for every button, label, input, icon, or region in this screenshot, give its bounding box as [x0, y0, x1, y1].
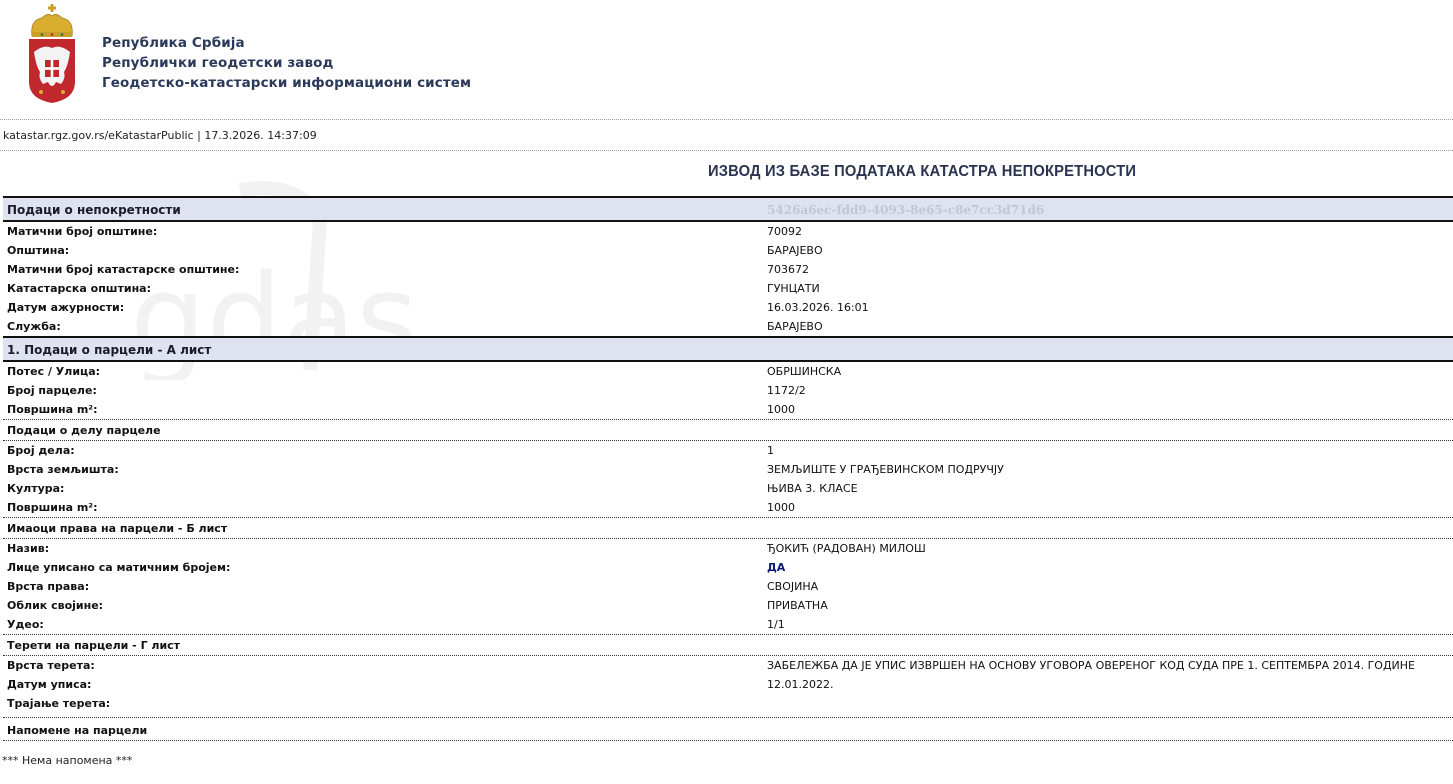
table-row: Потес / Улица:ОБРШИНСКА: [3, 362, 1453, 381]
field-label: Матични број катастарске општине:: [7, 263, 239, 276]
section-notes-header: Напомене на парцели: [3, 717, 1453, 741]
field-value: ПРИВАТНА: [767, 599, 828, 612]
section-title: Подаци о делу парцеле: [7, 424, 161, 437]
divider: [0, 119, 1453, 120]
section-parcel-part-header: Подаци о делу парцеле: [3, 419, 1453, 441]
field-value: ЊИВА 3. КЛАСЕ: [767, 482, 858, 495]
table-row: Врста права:СВОЈИНА: [3, 577, 1453, 596]
table-row: Број парцеле:1172/2: [3, 381, 1453, 400]
field-value: ОБРШИНСКА: [767, 365, 841, 378]
organization-name: Република Србија Републички геодетски за…: [102, 33, 471, 93]
document-guid: 5426a6ec-fdd9-4093-8e65-c8e7cc3d71d6: [767, 203, 1044, 217]
field-label: Назив:: [7, 542, 49, 555]
registered-id-flag: ДА: [767, 561, 785, 574]
field-value: 16.03.2026. 16:01: [767, 301, 869, 314]
table-row: Служба:БАРАЈЕВО: [3, 317, 1453, 336]
field-value: СВОЈИНА: [767, 580, 818, 593]
section-encumbrances-header: Терети на парцели - Г лист: [3, 634, 1453, 656]
section-title: Напомене на парцели: [7, 724, 147, 737]
table-row: Матични број општине:70092: [3, 222, 1453, 241]
field-label: Служба:: [7, 320, 61, 333]
field-value: ГУНЦАТИ: [767, 282, 820, 295]
table-row: Датум ажурности:16.03.2026. 16:01: [3, 298, 1453, 317]
field-value: 70092: [767, 225, 802, 238]
table-row: Лице уписано са матичним бројем:ДА: [3, 558, 1453, 577]
table-row: Трајање терета:: [3, 694, 1453, 717]
source-and-timestamp: katastar.rgz.gov.rs/eKatastarPublic | 17…: [3, 129, 317, 143]
field-label: Матични број општине:: [7, 225, 157, 238]
field-value: 1: [767, 444, 774, 457]
field-label: Број дела:: [7, 444, 75, 457]
field-label: Врста терета:: [7, 659, 95, 672]
field-label: Врста земљишта:: [7, 463, 119, 476]
table-row: Врста терета:ЗАБЕЛЕЖБА ДА ЈЕ УПИС ИЗВРШЕ…: [3, 656, 1453, 675]
field-label: Удео:: [7, 618, 44, 631]
field-value: 1000: [767, 501, 795, 514]
serbia-coat-of-arms-icon: [26, 4, 78, 104]
org-line-republic: Република Србија: [102, 33, 471, 53]
field-label: Врста права:: [7, 580, 89, 593]
field-label: Облик својине:: [7, 599, 103, 612]
encumbrances-rows: Врста терета:ЗАБЕЛЕЖБА ДА ЈЕ УПИС ИЗВРШЕ…: [3, 656, 1453, 717]
section-owners-header: Имаоци права на парцели - Б лист: [3, 517, 1453, 539]
divider: [0, 150, 1453, 151]
field-label: Површина m²:: [7, 403, 98, 416]
field-label: Катастарска општина:: [7, 282, 151, 295]
org-line-system: Геодетско-катастарски информациони систе…: [102, 73, 471, 93]
field-label: Општина:: [7, 244, 69, 257]
field-value: 1000: [767, 403, 795, 416]
field-label: Број парцеле:: [7, 384, 97, 397]
field-label: Трајање терета:: [7, 697, 110, 710]
field-value: ЗАБЕЛЕЖБА ДА ЈЕ УПИС ИЗВРШЕН НА ОСНОВУ У…: [767, 659, 1415, 672]
table-row: Матични број катастарске општине:703672: [3, 260, 1453, 279]
field-value: 1172/2: [767, 384, 806, 397]
table-row: Врста земљишта:ЗЕМЉИШТЕ У ГРАЂЕВИНСКОМ П…: [3, 460, 1453, 479]
section-title: Подаци о непокретности: [7, 203, 181, 217]
section-title: Имаоци права на парцели - Б лист: [7, 522, 227, 535]
table-row: Површина m²:1000: [3, 400, 1453, 419]
field-value: ЂОКИЋ (РАДОВАН) МИЛОШ: [767, 542, 926, 555]
org-line-institute: Републички геодетски завод: [102, 53, 471, 73]
table-row: Површина m²:1000: [3, 498, 1453, 517]
property-rows: Матични број општине:70092 Општина:БАРАЈ…: [3, 222, 1453, 336]
section-title: 1. Подаци о парцели - А лист: [7, 343, 211, 357]
field-value: БАРАЈЕВО: [767, 244, 823, 257]
parcel-part-rows: Број дела:1 Врста земљишта:ЗЕМЉИШТЕ У ГР…: [3, 441, 1453, 517]
field-value: 703672: [767, 263, 809, 276]
parcel-rows: Потес / Улица:ОБРШИНСКА Број парцеле:117…: [3, 362, 1453, 419]
field-value: 1/1: [767, 618, 785, 631]
field-label: Датум уписа:: [7, 678, 91, 691]
notes-text: *** Нема напомена ***: [2, 754, 132, 767]
field-label: Култура:: [7, 482, 64, 495]
table-row: Назив:ЂОКИЋ (РАДОВАН) МИЛОШ: [3, 539, 1453, 558]
table-row: Датум уписа:12.01.2022.: [3, 675, 1453, 694]
field-label: Површина m²:: [7, 501, 98, 514]
table-row: Општина:БАРАЈЕВО: [3, 241, 1453, 260]
field-value: ЗЕМЉИШТЕ У ГРАЂЕВИНСКОМ ПОДРУЧЈУ: [767, 463, 1004, 476]
field-label: Лице уписано са матичним бројем:: [7, 561, 230, 574]
field-value: 12.01.2022.: [767, 678, 833, 691]
table-row: Култура:ЊИВА 3. КЛАСЕ: [3, 479, 1453, 498]
section-parcel-header: 1. Подаци о парцели - А лист: [3, 336, 1453, 362]
document-title: ИЗВОД ИЗ БАЗЕ ПОДАТАКА КАТАСТРА НЕПОКРЕТ…: [708, 163, 1136, 181]
table-row: Удео:1/1: [3, 615, 1453, 634]
table-row: Облик својине:ПРИВАТНА: [3, 596, 1453, 615]
table-row: Број дела:1: [3, 441, 1453, 460]
field-value: БАРАЈЕВО: [767, 320, 823, 333]
section-title: Терети на парцели - Г лист: [7, 639, 180, 652]
owners-rows: Назив:ЂОКИЋ (РАДОВАН) МИЛОШ Лице уписано…: [3, 539, 1453, 634]
field-label: Потес / Улица:: [7, 365, 100, 378]
section-property-header: Подаци о непокретности 5426a6ec-fdd9-409…: [3, 196, 1453, 222]
page-header: Република Србија Републички геодетски за…: [0, 0, 1453, 118]
extract-table: Подаци о непокретности 5426a6ec-fdd9-409…: [3, 196, 1453, 741]
field-label: Датум ажурности:: [7, 301, 124, 314]
table-row: Катастарска општина:ГУНЦАТИ: [3, 279, 1453, 298]
